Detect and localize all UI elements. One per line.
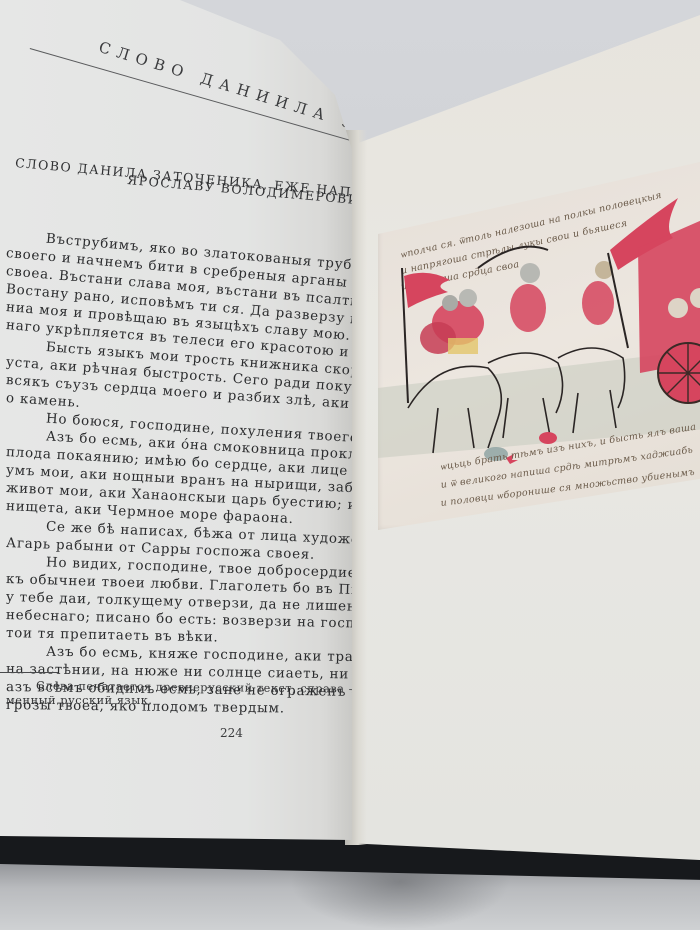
chapter-title: СЛОВО ДАНИЛА ЗАТОЧЕНИКА, ЕЖЕ НАПИСА СВОЕ…: [16, 154, 346, 188]
footnote: Слева печатается древнерусский текст, сп…: [6, 678, 352, 708]
book-shadow: [290, 870, 510, 930]
footnote-rule: [0, 672, 58, 673]
left-page: СЛОВО ДАНИИЛА ЗАТОЧНИКА СЛОВО ДАНИЛА ЗАТ…: [0, 0, 352, 840]
page-number: 224: [220, 726, 243, 740]
old-russian-text: Въструбимъ, яко во златокованыя трубы, в…: [6, 227, 352, 716]
